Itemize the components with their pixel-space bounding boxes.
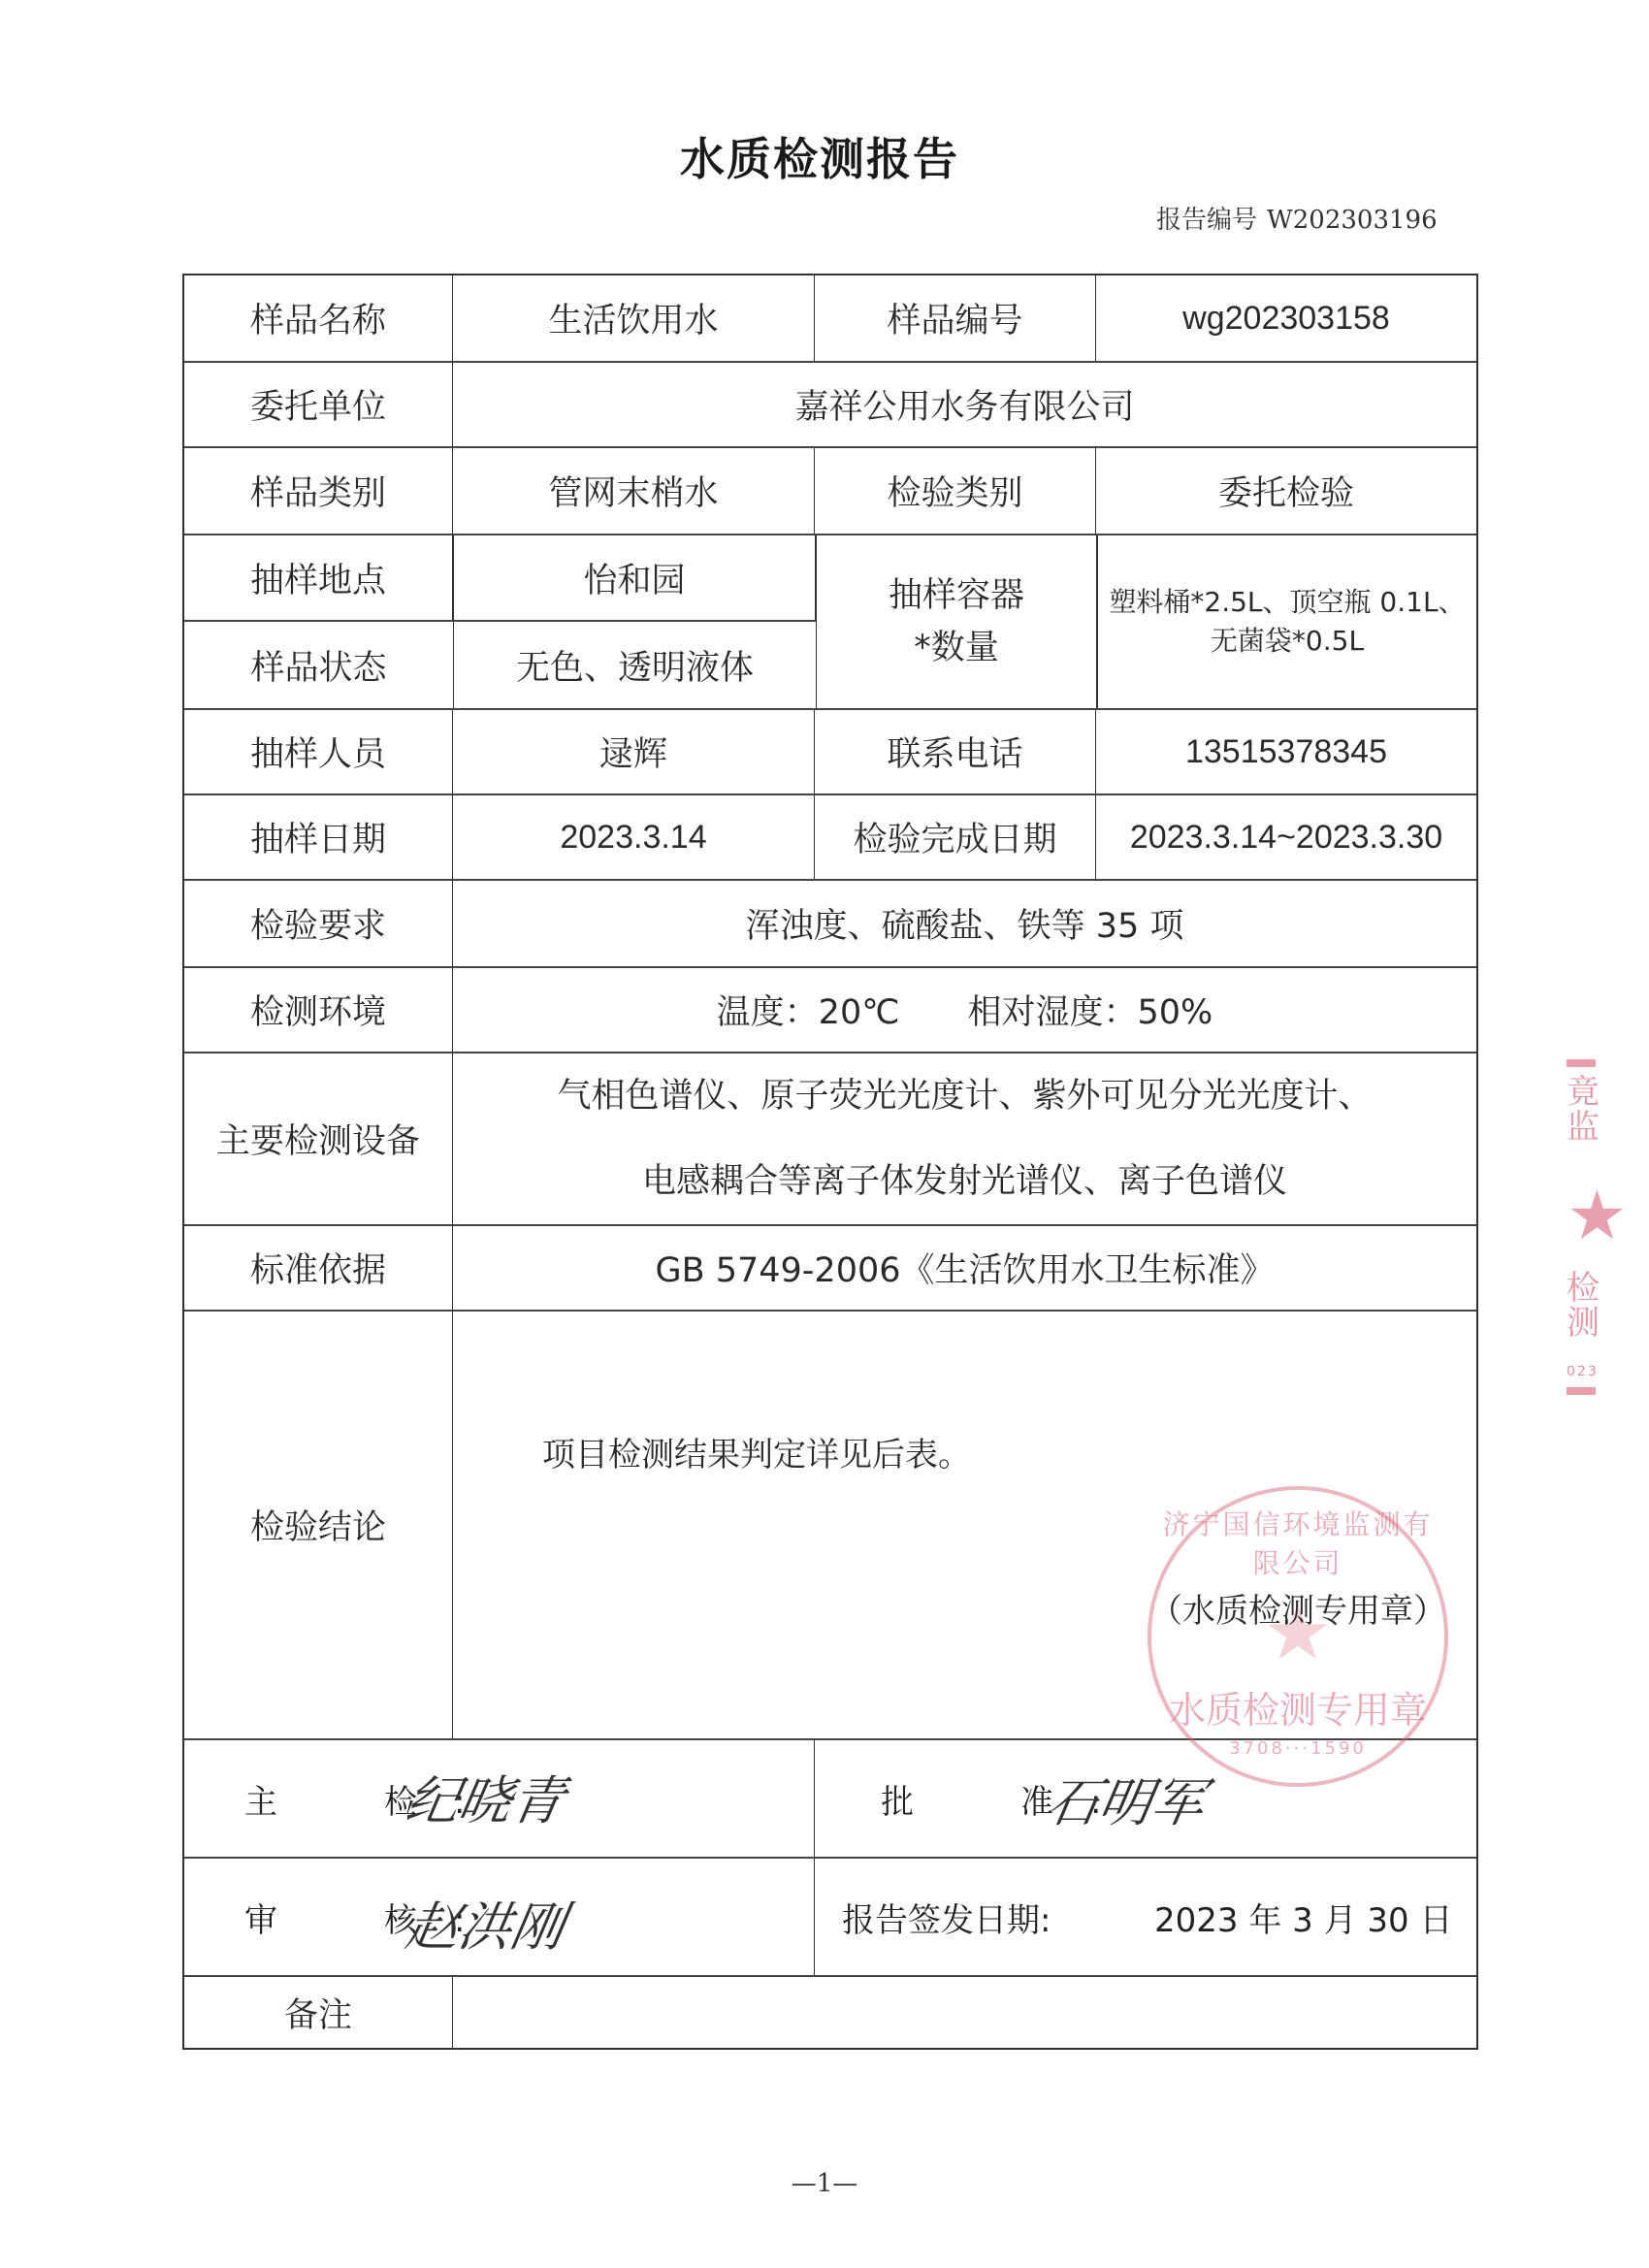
- chief-inspector-cell: 主 检: 纪晓青: [184, 1740, 815, 1857]
- report-table: 样品名称 生活饮用水 样品编号 wg202303158 委托单位 嘉祥公用水务有…: [182, 274, 1478, 2050]
- sampler-label: 抽样人员: [184, 710, 453, 794]
- table-row: 检验结论 项目检测结果判定详见后表。 济宁国信环境监测有限公司 ★ 水质检测专用…: [184, 1312, 1476, 1740]
- inspection-type-value: 委托检验: [1096, 448, 1476, 534]
- sampler-value: 逯辉: [453, 710, 815, 794]
- issue-date-value: 2023 年 3 月 30 日: [1154, 1894, 1452, 1941]
- side-seal-year: 023: [1567, 1364, 1599, 1379]
- issue-date-cell: 报告签发日期: 2023 年 3 月 30 日: [815, 1859, 1476, 1975]
- container-value-line2: 无菌袋*0.5L: [1211, 622, 1364, 661]
- sampling-date-value: 2023.3.14: [453, 795, 815, 879]
- sample-state-label: 样品状态: [184, 622, 453, 708]
- requirements-label: 检验要求: [184, 881, 453, 966]
- sample-category-value: 管网末梢水: [453, 448, 815, 534]
- client-value: 嘉祥公用水务有限公司: [453, 363, 1476, 446]
- table-row: 主要检测设备 气相色谱仪、原子荧光光度计、紫外可见分光光度计、 电感耦合等离子体…: [184, 1053, 1476, 1226]
- inspection-type-label: 检验类别: [815, 448, 1096, 534]
- table-row: 样品名称 生活饮用水 样品编号 wg202303158: [184, 275, 1476, 363]
- seal-label: （水质检测专用章）: [1149, 1584, 1446, 1632]
- table-row-sampling: 抽样地点 样品状态 怡和园 无色、透明液体 抽样容器 *数量 塑料桶*2.5L、…: [184, 535, 1476, 710]
- sample-name-label: 样品名称: [184, 275, 453, 361]
- container-value: 塑料桶*2.5L、顶空瓶 0.1L、 无菌袋*0.5L: [1097, 535, 1476, 708]
- environment-value: 温度：20℃ 相对湿度：50%: [453, 968, 1476, 1052]
- table-row: 样品类别 管网末梢水 检验类别 委托检验: [184, 448, 1476, 535]
- completion-date-label: 检验完成日期: [815, 795, 1096, 879]
- sample-state-value: 无色、透明液体: [454, 622, 816, 708]
- table-row: 抽样日期 2023.3.14 检验完成日期 2023.3.14~2023.3.3…: [184, 795, 1476, 881]
- equipment-label: 主要检测设备: [184, 1053, 453, 1224]
- container-value-line1: 塑料桶*2.5L、顶空瓶 0.1L、: [1109, 583, 1465, 622]
- sample-category-label: 样品类别: [184, 448, 453, 534]
- equipment-line2: 电感耦合等离子体发射光谱仪、离子色谱仪: [642, 1139, 1287, 1224]
- page-number: —1—: [0, 2169, 1649, 2198]
- table-row: 检验要求 浑浊度、硫酸盐、铁等 35 项: [184, 881, 1476, 968]
- conclusion-body: 项目检测结果判定详见后表。 济宁国信环境监测有限公司 ★ 水质检测专用章 370…: [453, 1312, 1476, 1738]
- client-label: 委托单位: [184, 363, 453, 446]
- approver-signature: 石明军: [1041, 1762, 1212, 1836]
- sampling-date-label: 抽样日期: [184, 795, 453, 879]
- reviewer-signature: 赵洪刚: [401, 1886, 571, 1960]
- perforation-seal: 竟监 ★ 检测 023: [1567, 1059, 1596, 1389]
- table-row: 检测环境 温度：20℃ 相对湿度：50%: [184, 968, 1476, 1053]
- seal-bar: [1567, 1059, 1596, 1067]
- requirements-value: 浑浊度、硫酸盐、铁等 35 项: [453, 881, 1476, 966]
- sampling-site-label: 抽样地点: [184, 535, 453, 622]
- sample-id-value: wg202303158: [1096, 275, 1476, 361]
- side-seal-star-icon: ★: [1567, 1176, 1628, 1255]
- report-number-value: W202303196: [1267, 206, 1438, 235]
- environment-label: 检测环境: [184, 968, 453, 1052]
- report-title: 水质检测报告: [0, 124, 1649, 188]
- table-row: 委托单位 嘉祥公用水务有限公司: [184, 363, 1476, 448]
- container-label-line1: 抽样容器: [889, 569, 1024, 622]
- conclusion-label: 检验结论: [184, 1312, 453, 1738]
- seal-number: 3708···1590: [1151, 1738, 1444, 1759]
- equipment-line1: 气相色谱仪、原子荧光光度计、紫外可见分光光度计、: [557, 1053, 1372, 1139]
- side-seal-top-text: 竟监: [1567, 1075, 1605, 1145]
- report-number-label: 报告编号: [1156, 206, 1257, 235]
- phone-label: 联系电话: [815, 710, 1096, 794]
- table-row: 标准依据 GB 5749-2006《生活饮用水卫生标准》: [184, 1226, 1476, 1312]
- seal-bar: [1567, 1387, 1596, 1395]
- table-row: 抽样人员 逯辉 联系电话 13515378345: [184, 710, 1476, 795]
- reviewer-cell: 审 核: 赵洪刚: [184, 1859, 815, 1975]
- conclusion-text: 项目检测结果判定详见后表。: [542, 1428, 971, 1475]
- sample-name-value: 生活饮用水: [453, 275, 815, 361]
- seal-ring-text: 济宁国信环境监测有限公司: [1151, 1504, 1444, 1581]
- seal-center-text: 水质检测专用章: [1151, 1680, 1444, 1733]
- remarks-label: 备注: [184, 1977, 453, 2048]
- container-label: 抽样容器 *数量: [816, 535, 1097, 708]
- remarks-value: [453, 1977, 1476, 2048]
- standard-value: GB 5749-2006《生活饮用水卫生标准》: [453, 1226, 1476, 1310]
- phone-value: 13515378345: [1096, 710, 1476, 794]
- sample-id-label: 样品编号: [815, 275, 1096, 361]
- table-row: 备注: [184, 1977, 1476, 2048]
- report-number: 报告编号W202303196: [1156, 200, 1438, 236]
- chief-inspector-signature: 纪晓青: [401, 1760, 571, 1834]
- equipment-value: 气相色谱仪、原子荧光光度计、紫外可见分光光度计、 电感耦合等离子体发射光谱仪、离…: [453, 1053, 1476, 1224]
- signature-row: 审 核: 赵洪刚 报告签发日期: 2023 年 3 月 30 日: [184, 1859, 1476, 1977]
- standard-label: 标准依据: [184, 1226, 453, 1310]
- container-label-line2: *数量: [914, 622, 999, 674]
- sampling-site-value: 怡和园: [454, 535, 816, 622]
- side-seal-bottom-text: 检测: [1567, 1271, 1605, 1341]
- official-seal: 济宁国信环境监测有限公司 ★ 水质检测专用章 3708···1590: [1148, 1486, 1448, 1787]
- completion-date-value: 2023.3.14~2023.3.30: [1096, 795, 1476, 879]
- issue-date-label: 报告签发日期:: [842, 1894, 1051, 1941]
